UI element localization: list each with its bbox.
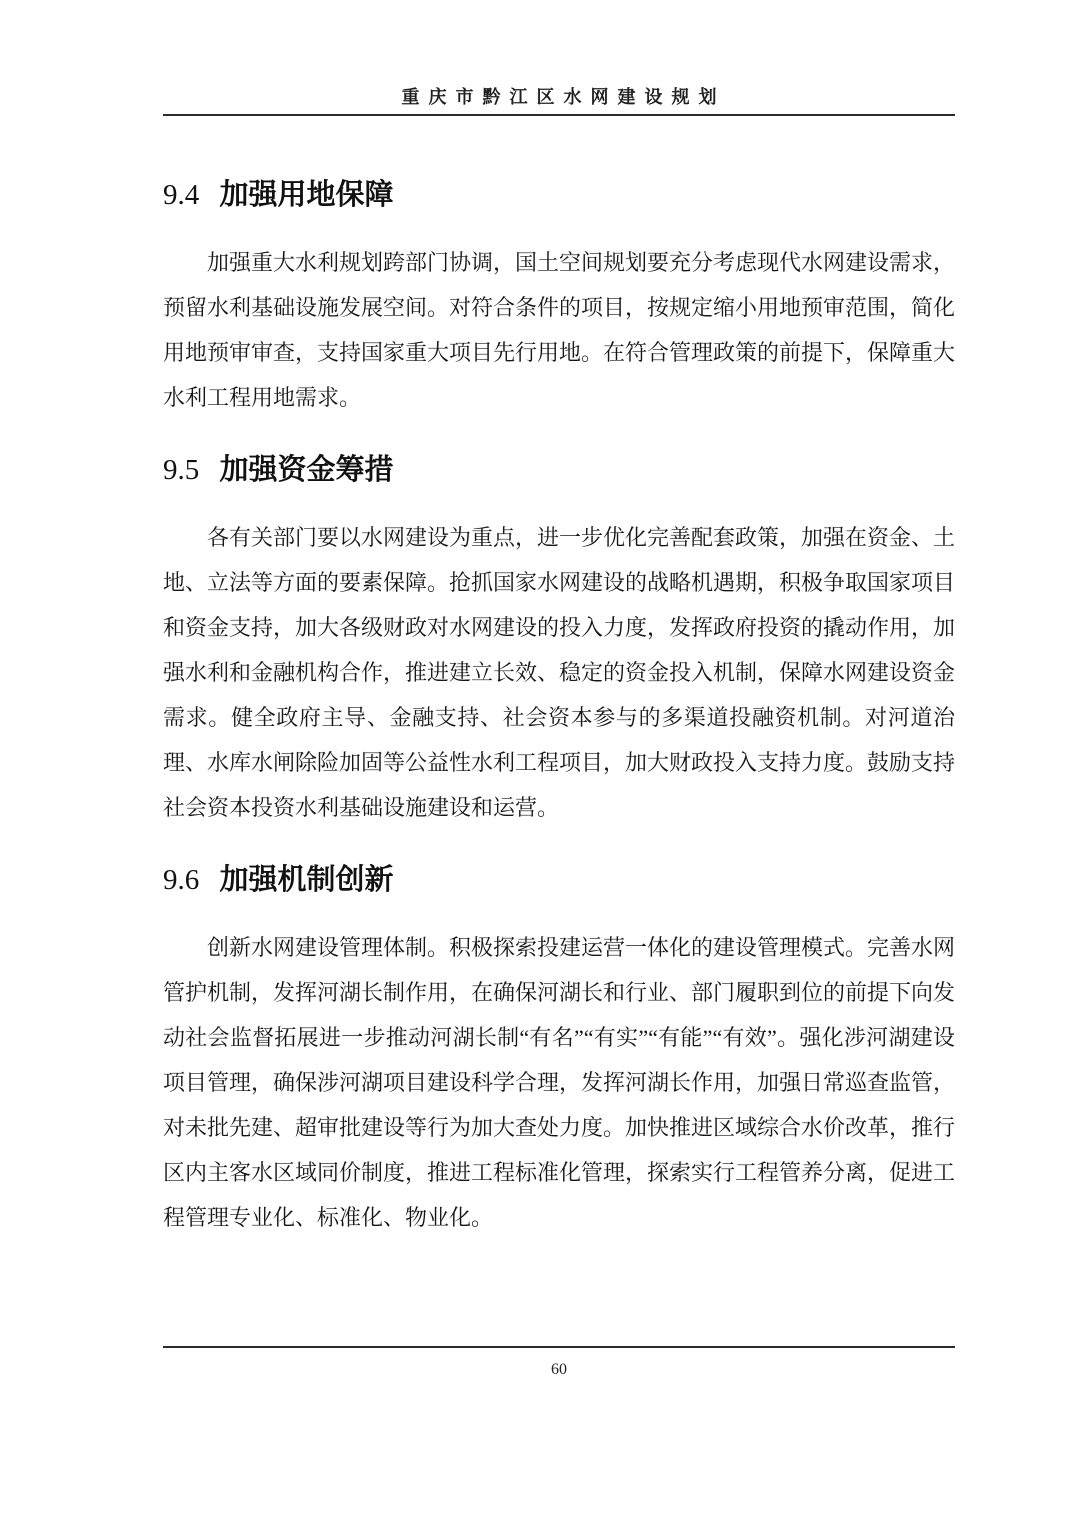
section-number: 9.5: [163, 454, 199, 486]
section-9-4-paragraph: 加强重大水利规划跨部门协调，国土空间规划要充分考虑现代水网建设需求，预留水利基础…: [163, 240, 955, 420]
footer-rule: [163, 1346, 955, 1348]
page-footer: 60: [163, 1346, 955, 1379]
document-page: 重庆市黔江区水网建设规划 9.4 加强用地保障 加强重大水利规划跨部门协调，国土…: [0, 0, 1074, 1520]
section-heading-9-4: 9.4 加强用地保障: [163, 175, 955, 215]
section-number: 9.4: [163, 179, 199, 211]
section-title: 加强用地保障: [220, 179, 394, 211]
section-title: 加强资金筹措: [220, 454, 394, 486]
section-number: 9.6: [163, 864, 199, 896]
section-9-5-paragraph: 各有关部门要以水网建设为重点，进一步优化完善配套政策，加强在资金、土地、立法等方…: [163, 515, 955, 830]
section-heading-9-5: 9.5 加强资金筹措: [163, 450, 955, 490]
page-header: 重庆市黔江区水网建设规划: [163, 0, 955, 116]
section-heading-9-6: 9.6 加强机制创新: [163, 860, 955, 900]
section-9-6-paragraph: 创新水网建设管理体制。积极探索投建运营一体化的建设管理模式。完善水网管护机制，发…: [163, 925, 955, 1240]
page-body: 9.4 加强用地保障 加强重大水利规划跨部门协调，国土空间规划要充分考虑现代水网…: [163, 175, 955, 1240]
section-title: 加强机制创新: [220, 864, 394, 896]
running-head-title: 重庆市黔江区水网建设规划: [163, 86, 955, 108]
page-number: 60: [163, 1361, 955, 1379]
